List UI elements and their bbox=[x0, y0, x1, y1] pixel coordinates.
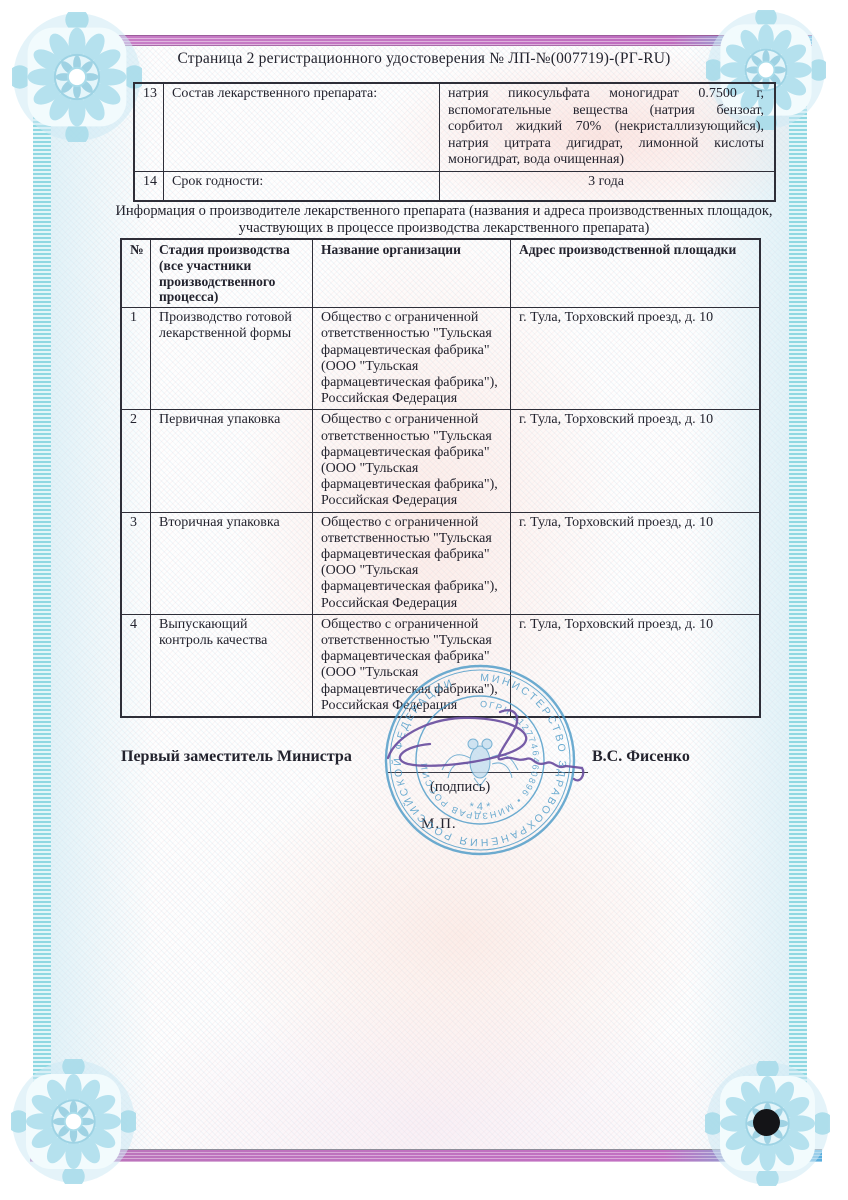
address-cell: г. Тула, Торховский проезд, д. 10 bbox=[510, 308, 759, 409]
table-row: 14 Срок годности: 3 года bbox=[135, 171, 774, 200]
table-row: 3 Вторичная упаковка Общество с ограниче… bbox=[122, 512, 759, 614]
row-label: Срок годности: bbox=[163, 172, 439, 200]
stage-cell: Выпускающий контроль качества bbox=[150, 615, 312, 716]
row-number: 1 bbox=[122, 308, 150, 409]
column-header-address: Адрес производственной площадки bbox=[510, 240, 759, 307]
table-row: 13 Состав лекарственного препарата: натр… bbox=[135, 84, 774, 171]
border-band-left bbox=[33, 40, 51, 1155]
row-value: 3 года bbox=[439, 172, 774, 200]
table-row: 2 Первичная упаковка Общество с ограниче… bbox=[122, 409, 759, 511]
table-row: 1 Производство готовой лекарственной фор… bbox=[122, 307, 759, 409]
row-number: 4 bbox=[122, 615, 150, 716]
page-title: Страница 2 регистрационного удостоверени… bbox=[0, 50, 848, 68]
manufacturer-intro: Информация о производителе лекарственног… bbox=[94, 203, 794, 236]
border-band-bottom bbox=[30, 1149, 822, 1162]
stage-cell: Первичная упаковка bbox=[150, 410, 312, 511]
column-header-organization: Название организации bbox=[312, 240, 510, 307]
column-header-num: № bbox=[122, 240, 150, 307]
corner-rosette-bottom-left-icon bbox=[11, 1059, 136, 1184]
minister-name: В.С. Фисенко bbox=[592, 748, 690, 766]
table-header-row: № Стадия производства (все участники про… bbox=[122, 240, 759, 307]
composition-table: 13 Состав лекарственного препарата: натр… bbox=[133, 82, 776, 202]
row-number: 14 bbox=[135, 172, 163, 200]
signature-ink-icon bbox=[382, 704, 594, 790]
minister-title: Первый заместитель Министра bbox=[121, 748, 352, 766]
stage-cell: Вторичная упаковка bbox=[150, 513, 312, 614]
organization-cell: Общество с ограниченной ответственностью… bbox=[312, 410, 510, 511]
row-number: 2 bbox=[122, 410, 150, 511]
row-value: натрия пикосульфата моногидрат 0.7500 г,… bbox=[439, 84, 774, 171]
stage-cell: Производство готовой лекарственной формы bbox=[150, 308, 312, 409]
row-label: Состав лекарственного препарата: bbox=[163, 84, 439, 171]
manufacturer-table: № Стадия производства (все участники про… bbox=[120, 238, 761, 718]
corner-rosette-top-left-icon bbox=[12, 12, 142, 142]
organization-cell: Общество с ограниченной ответственностью… bbox=[312, 513, 510, 614]
border-band-top bbox=[36, 35, 812, 46]
certificate-page: Страница 2 регистрационного удостоверени… bbox=[0, 0, 848, 1200]
row-number: 3 bbox=[122, 513, 150, 614]
address-cell: г. Тула, Торховский проезд, д. 10 bbox=[510, 410, 759, 511]
hole-punch-dot bbox=[753, 1109, 780, 1136]
seal-number: * 4 * bbox=[470, 801, 492, 813]
address-cell: г. Тула, Торховский проезд, д. 10 bbox=[510, 513, 759, 614]
row-number: 13 bbox=[135, 84, 163, 171]
organization-cell: Общество с ограниченной ответственностью… bbox=[312, 308, 510, 409]
column-header-stage: Стадия производства (все участники произ… bbox=[150, 240, 312, 307]
